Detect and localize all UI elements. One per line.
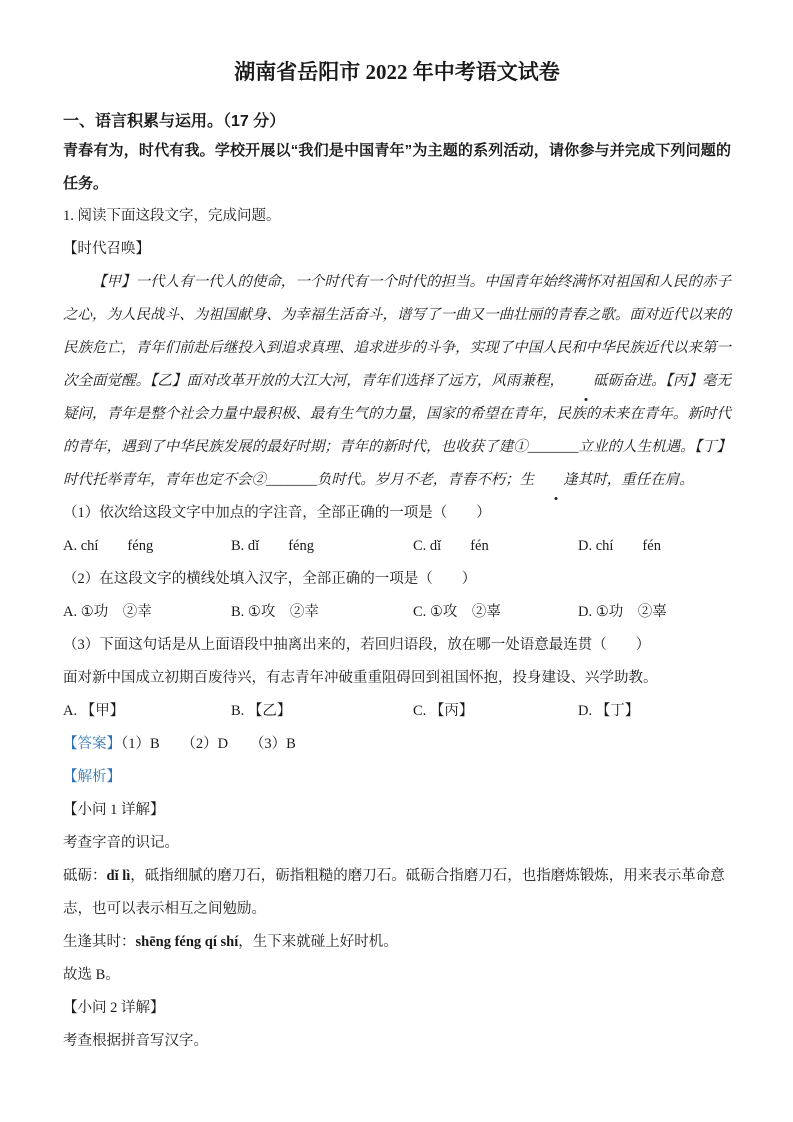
q3-option-d: D. 【丁】	[578, 695, 731, 728]
fill-blank-1: _______	[528, 439, 579, 455]
answer-line: 【答案】（1）B （2）D （3）B	[63, 728, 731, 761]
passage-seg-a: 【甲】一代人有一代人的使命，一个时代有一个时代的担当。中国青年始终满怀对祖国和人…	[63, 274, 731, 389]
sub-question-1-stem: （1）依次给这段文字中加点的字注音，全部正确的一项是（ ）	[63, 497, 731, 530]
fill-blank-2: _______	[266, 472, 317, 488]
sub-question-3-stem: （3）下面这句话是从上面语段中抽离出来的，若回归语段，放在哪一处语意最连贯（ ）	[63, 629, 731, 662]
answer-label: 【答案】	[63, 736, 121, 752]
sub2-detail-heading: 【小问 2 详解】	[63, 992, 731, 1025]
exam-paper-page: 湖南省岳阳市 2022 年中考语文试卷 一、语言积累与运用。（17 分） 青春有…	[0, 0, 793, 1122]
extracted-sentence: 面对新中国成立初期百废待兴，有志青年冲破重重阻碍回到祖国怀抱，投身建设、兴学助教…	[63, 662, 731, 695]
intro-paragraph: 青春有为，时代有我。学校开展以“我们是中国青年”为主题的系列活动，请你参与并完成…	[63, 134, 731, 200]
conclusion-1: 故选 B。	[63, 959, 731, 992]
sub-question-2-stem: （2）在这段文字的横线处填入汉字，全部正确的一项是（ ）	[63, 563, 731, 596]
q2-option-c: C. ①攻 ②辜	[413, 596, 578, 629]
sub-question-2-options: A. ①功 ②幸 B. ①攻 ②幸 C. ①攻 ②辜 D. ①功 ②辜	[63, 596, 731, 629]
dili-explanation: 砥砺：dǐ lì，砥指细腻的磨刀石，砺指粗糙的磨刀石。砥砺合指磨刀石，也指磨炼锻…	[63, 860, 731, 926]
emphasized-char-di: 砥	[564, 365, 608, 398]
sub1-detail-heading: 【小问 1 详解】	[63, 794, 731, 827]
sub-question-1-options: A. chí féng B. dǐ féng C. dǐ fén D. chí …	[63, 530, 731, 563]
q1-option-d: D. chí fén	[578, 530, 731, 563]
passage-paragraph: 【甲】一代人有一代人的使命，一个时代有一个时代的担当。中国青年始终满怀对祖国和人…	[63, 266, 731, 497]
analysis-label-line: 【解析】	[63, 761, 731, 794]
dili-rest: ，砥指细腻的磨刀石，砺指粗糙的磨刀石。砥砺合指磨刀石，也指磨炼锻炼，用来表示革命…	[63, 868, 725, 917]
doc-title: 湖南省岳阳市 2022 年中考语文试卷	[63, 58, 731, 86]
passage-tag: 【时代召唤】	[63, 233, 731, 266]
q2-option-d: D. ①功 ②辜	[578, 596, 731, 629]
shengfeng-explanation: 生逢其时：shēng féng qí shí，生下来就碰上好时机。	[63, 926, 731, 959]
shengfeng-prefix: 生逢其时：	[63, 934, 136, 950]
sub2-detail-line1: 考查根据拼音写汉字。	[63, 1025, 731, 1058]
document-body: 一、语言积累与运用。（17 分） 青春有为，时代有我。学校开展以“我们是中国青年…	[63, 110, 731, 1058]
emphasized-char-feng: 逢	[534, 464, 578, 497]
dili-prefix: 砥砺：	[63, 868, 107, 884]
passage-seg-e: 其时，重任在肩。	[578, 472, 694, 488]
q3-option-b: B. 【乙】	[231, 695, 413, 728]
shengfeng-rest: ，生下来就碰上好时机。	[238, 934, 398, 950]
item-1-stem: 1. 阅读下面这段文字，完成问题。	[63, 200, 731, 233]
shengfeng-pinyin: shēng féng qí shí	[136, 934, 239, 950]
answer-text: （1）B （2）D （3）B	[121, 736, 296, 752]
sub-question-3-options: A. 【甲】 B. 【乙】 C. 【丙】 D. 【丁】	[63, 695, 731, 728]
passage-seg-d: 负时代。岁月不老，青春不朽；生	[317, 472, 535, 488]
q1-option-a: A. chí féng	[63, 530, 231, 563]
q1-option-c: C. dǐ fén	[413, 530, 578, 563]
analysis-label: 【解析】	[63, 769, 121, 785]
dili-pinyin: dǐ lì	[107, 868, 131, 884]
sub1-detail-line1: 考查字音的识记。	[63, 827, 731, 860]
q2-option-b: B. ①攻 ②幸	[231, 596, 413, 629]
q1-option-b: B. dǐ féng	[231, 530, 413, 563]
q3-option-c: C. 【丙】	[413, 695, 578, 728]
section-heading: 一、语言积累与运用。（17 分）	[63, 110, 731, 134]
q2-option-a: A. ①功 ②幸	[63, 596, 231, 629]
q3-option-a: A. 【甲】	[63, 695, 231, 728]
